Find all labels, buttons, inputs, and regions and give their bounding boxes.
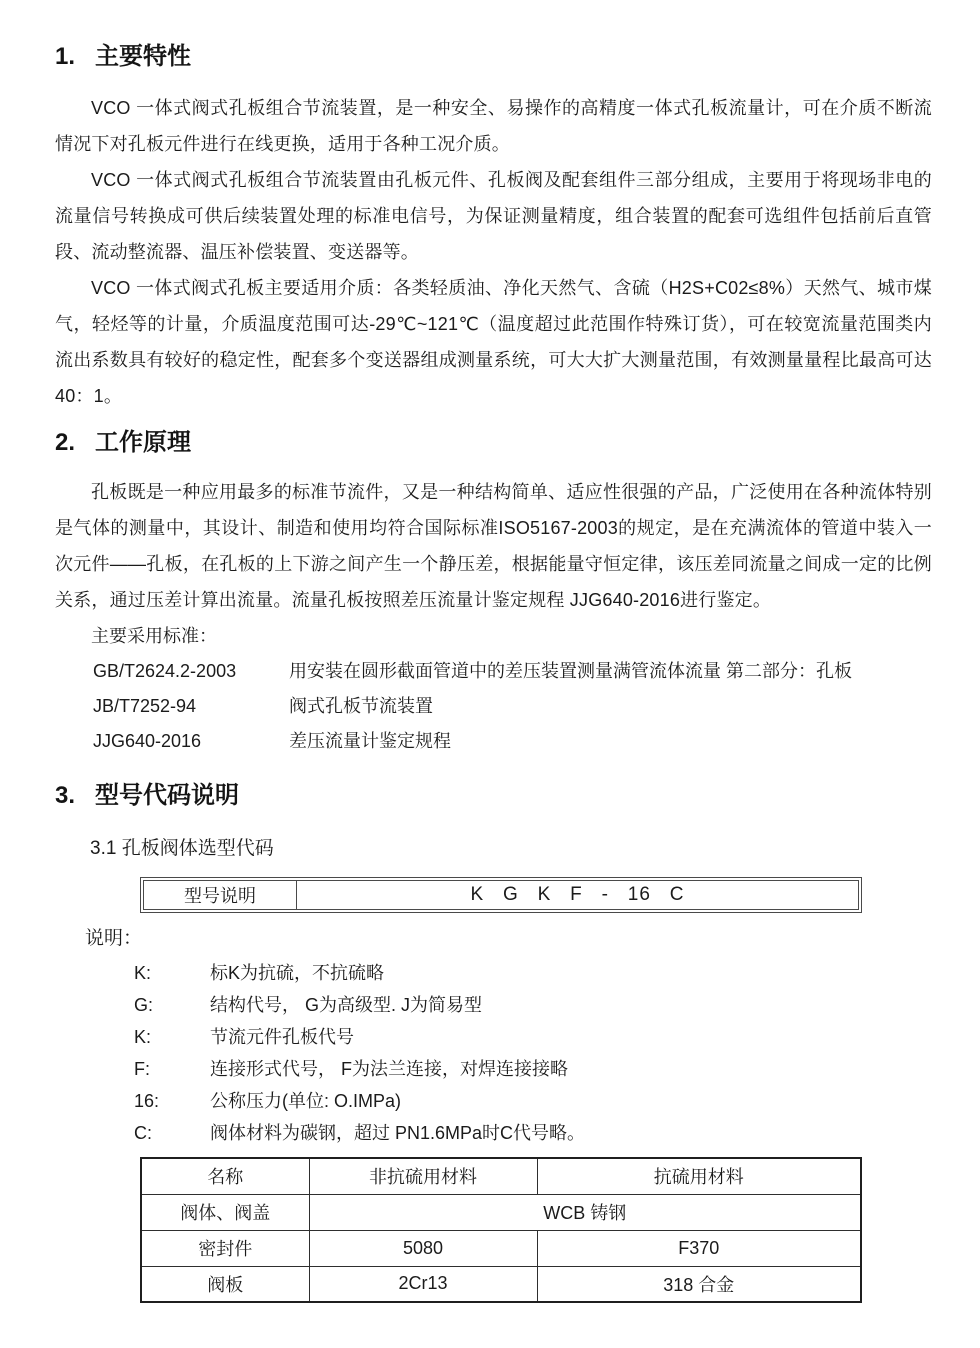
section-2-paragraph: 孔板既是一种应用最多的标准节流件，又是一种结构简单、适应性很强的产品，广泛使用在… <box>55 474 932 618</box>
materials-table: 名称 非抗硫用材料 抗硫用材料 阀体、阀盖 WCB 铸钢 密封件 5080 F3… <box>140 1157 862 1303</box>
cell-name: 密封件 <box>141 1230 309 1266</box>
note-desc: 连接形式代号， F为法兰连接，对焊连接接略 <box>210 1053 932 1085</box>
section-1-title: 主要特性 <box>95 42 191 72</box>
standards-list: GB/T2624.2-2003 用安装在圆形截面管道中的差压装置测量满管流体流量… <box>55 654 932 759</box>
standard-code: JJG640-2016 <box>93 724 289 759</box>
note-desc: 公称压力(单位: O.IMPa) <box>210 1085 932 1117</box>
note-term: K: <box>134 957 210 989</box>
note-term: 16: <box>134 1085 210 1117</box>
section-3-heading: 3. 型号代码说明 <box>55 781 932 811</box>
standard-row: JJG640-2016 差压流量计鉴定规程 <box>55 724 932 759</box>
header-sulfur-material: 抗硫用材料 <box>537 1158 861 1194</box>
section-2-number: 2. <box>55 428 95 458</box>
section-3-title: 型号代码说明 <box>95 781 239 811</box>
note-desc: 结构代号， G为高级型. J为简易型 <box>210 989 932 1021</box>
standard-row: GB/T2624.2-2003 用安装在圆形截面管道中的差压装置测量满管流体流量… <box>55 654 932 689</box>
cell-name: 阀体、阀盖 <box>141 1194 309 1230</box>
standard-desc: 用安装在圆形截面管道中的差压装置测量满管流体流量 第二部分：孔板 <box>289 654 932 689</box>
cell-name: 阀板 <box>141 1266 309 1302</box>
header-non-sulfur-material: 非抗硫用材料 <box>309 1158 537 1194</box>
section-1-paragraph-3: VCO 一体式阀式孔板主要适用介质：各类轻质油、净化天然气、含硫（H2S+C02… <box>55 270 932 414</box>
cell-non-sulfur: 5080 <box>309 1230 537 1266</box>
note-row: F: 连接形式代号， F为法兰连接，对焊连接接略 <box>55 1053 932 1085</box>
cell-sulfur: 318 合金 <box>537 1266 861 1302</box>
standards-intro: 主要采用标准： <box>55 618 932 654</box>
section-1-number: 1. <box>55 42 95 72</box>
model-code-box-inner: 型号说明 K G K F - 16 C <box>143 880 859 910</box>
header-name: 名称 <box>141 1158 309 1194</box>
model-code-value: K G K F - 16 C <box>297 881 858 909</box>
note-term: K: <box>134 1021 210 1053</box>
standard-code: GB/T2624.2-2003 <box>93 654 289 689</box>
note-term: C: <box>134 1117 210 1149</box>
note-row: K: 标K为抗硫，不抗硫略 <box>55 957 932 989</box>
notes-list: K: 标K为抗硫，不抗硫略 G: 结构代号， G为高级型. J为简易型 K: 节… <box>55 957 932 1149</box>
section-1-paragraph-1: VCO 一体式阀式孔板组合节流装置，是一种安全、易操作的高精度一体式孔板流量计，… <box>55 90 932 162</box>
section-3-number: 3. <box>55 781 95 811</box>
standard-row: JB/T7252-94 阀式孔板节流装置 <box>55 689 932 724</box>
standard-desc: 差压流量计鉴定规程 <box>289 724 932 759</box>
section-2-title: 工作原理 <box>95 428 191 458</box>
note-desc: 节流元件孔板代号 <box>210 1021 932 1053</box>
note-desc: 阀体材料为碳钢，超过 PN1.6MPa时C代号略。 <box>210 1117 932 1149</box>
standard-desc: 阀式孔板节流装置 <box>289 689 932 724</box>
cell-span-material: WCB 铸钢 <box>309 1194 861 1230</box>
cell-sulfur: F370 <box>537 1230 861 1266</box>
section-1-paragraph-2: VCO 一体式阀式孔板组合节流装置由孔板元件、孔板阀及配套组件三部分组成，主要用… <box>55 162 932 270</box>
subsection-3-1-heading: 3.1 孔板阀体选型代码 <box>90 837 932 861</box>
note-term: G: <box>134 989 210 1021</box>
section-2-heading: 2. 工作原理 <box>55 428 932 458</box>
section-1-heading: 1. 主要特性 <box>55 42 932 72</box>
model-code-label: 型号说明 <box>144 881 297 909</box>
note-row: K: 节流元件孔板代号 <box>55 1021 932 1053</box>
note-row: 16: 公称压力(单位: O.IMPa) <box>55 1085 932 1117</box>
note-row: G: 结构代号， G为高级型. J为简易型 <box>55 989 932 1021</box>
table-row-valve-body: 阀体、阀盖 WCB 铸钢 <box>141 1194 861 1230</box>
table-row-seal: 密封件 5080 F370 <box>141 1230 861 1266</box>
note-desc: 标K为抗硫，不抗硫略 <box>210 957 932 989</box>
note-row: C: 阀体材料为碳钢，超过 PN1.6MPa时C代号略。 <box>55 1117 932 1149</box>
materials-table-header-row: 名称 非抗硫用材料 抗硫用材料 <box>141 1158 861 1194</box>
model-code-box: 型号说明 K G K F - 16 C <box>140 877 862 913</box>
cell-non-sulfur: 2Cr13 <box>309 1266 537 1302</box>
standard-code: JB/T7252-94 <box>93 689 289 724</box>
table-row-valve-plate: 阀板 2Cr13 318 合金 <box>141 1266 861 1302</box>
note-term: F: <box>134 1053 210 1085</box>
document-page: 1. 主要特性 VCO 一体式阀式孔板组合节流装置，是一种安全、易操作的高精度一… <box>0 0 980 1348</box>
notes-label: 说明： <box>85 925 932 953</box>
